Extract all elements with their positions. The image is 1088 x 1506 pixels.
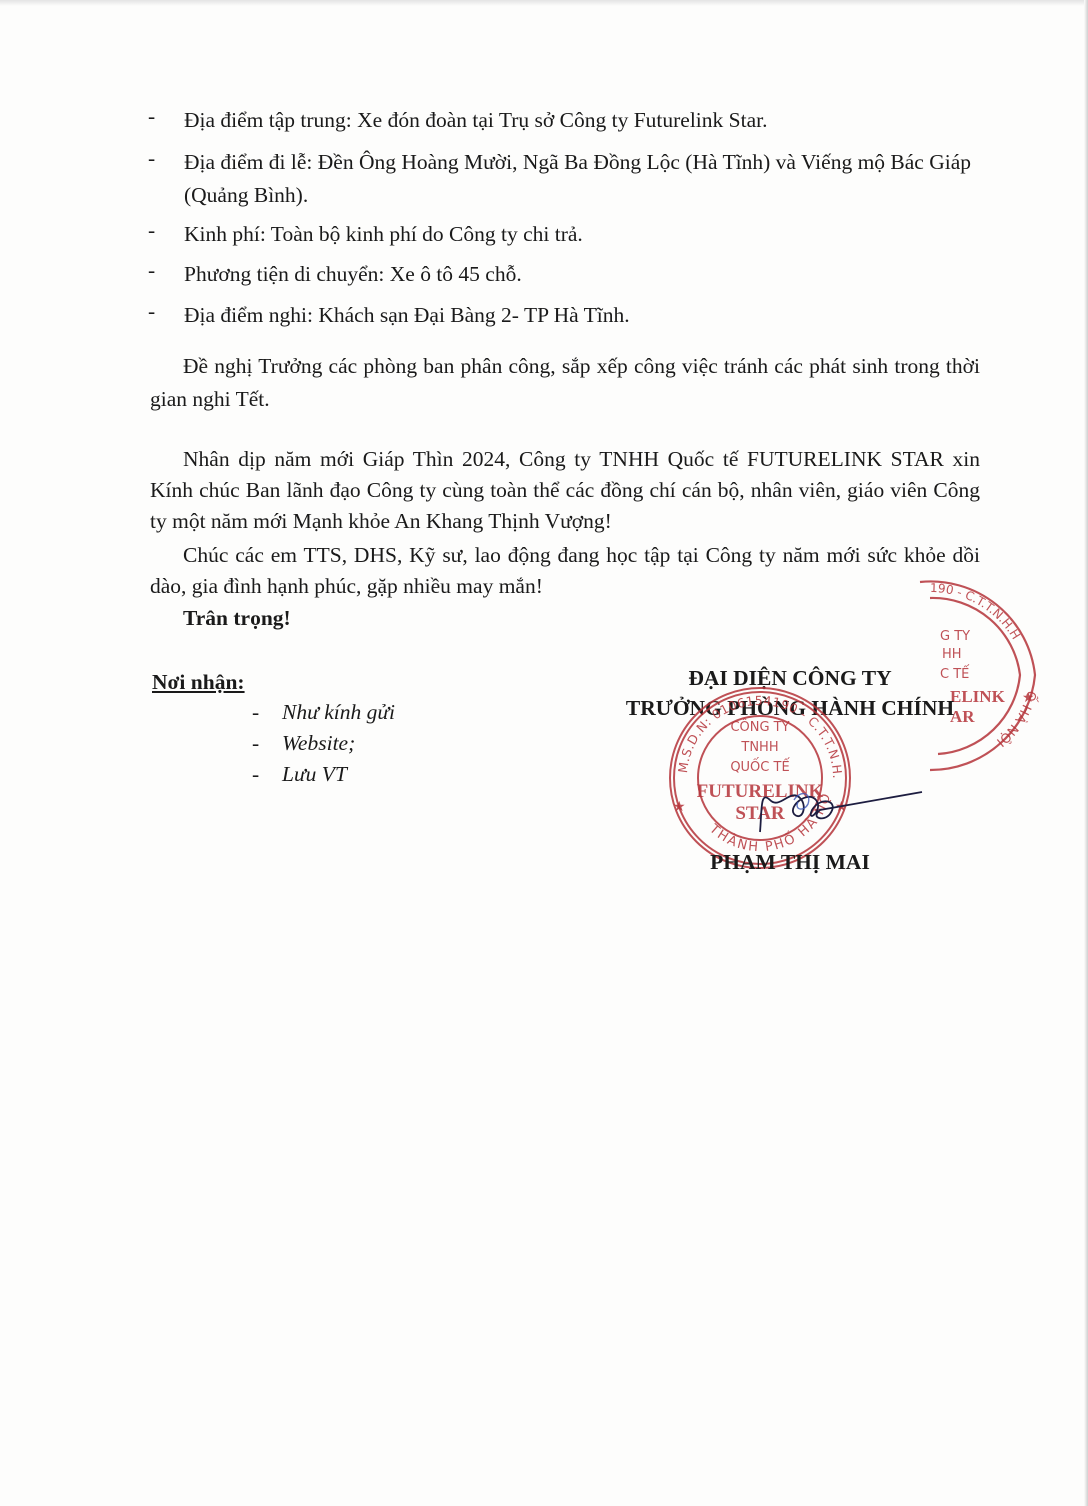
bullet-text: Địa điểm đi lễ: Đền Ông Hoàng Mười, Ngã … [184, 146, 984, 212]
scan-right-edge [1084, 0, 1088, 1506]
bullet-dash: - [148, 218, 184, 250]
svg-text:TNHH: TNHH [740, 740, 778, 755]
recipient-item: - Như kính gửi [252, 700, 395, 725]
svg-text:G TY: G TY [940, 629, 970, 644]
recipient-dash: - [252, 700, 282, 725]
svg-text:CÔNG TY: CÔNG TY [730, 719, 789, 735]
greeting-text: Nhân dịp năm mới Giáp Thìn 2024, Công ty… [150, 447, 980, 533]
recipients-title: Nơi nhận: [152, 670, 245, 695]
bullet-text: Địa điểm tập trung: Xe đón đoàn tại Trụ … [184, 104, 984, 136]
recipient-dash: - [252, 762, 282, 787]
recipient-item: - Website; [252, 731, 355, 756]
wish-text: Chúc các em TTS, DHS, Kỹ sư, lao động đa… [150, 543, 980, 598]
svg-text:★: ★ [1022, 690, 1035, 706]
recipient-item: - Lưu VT [252, 762, 347, 787]
bullet-dash: - [148, 104, 184, 136]
bullet-text: Địa điểm nghi: Khách sạn Đại Bàng 2- TP … [184, 299, 984, 331]
svg-text:HH: HH [942, 647, 962, 662]
greeting-paragraph: Nhân dịp năm mới Giáp Thìn 2024, Công ty… [150, 444, 980, 537]
bullet-dash: - [148, 299, 184, 331]
bullet-item-gathering: - Địa điểm tập trung: Xe đón đoàn tại Tr… [148, 104, 984, 136]
signer-name: PHẠM THỊ MAI [570, 850, 1010, 875]
svg-text:★: ★ [673, 799, 686, 815]
bullet-item-budget: - Kinh phí: Toàn bộ kinh phí do Công ty … [148, 218, 984, 250]
handwritten-signature-icon [750, 770, 930, 840]
bullet-dash: - [148, 258, 184, 290]
closing-line: Trân trọng! [150, 603, 980, 634]
request-paragraph: Đề nghị Trưởng các phòng ban phân công, … [150, 350, 980, 416]
bullet-text: Kinh phí: Toàn bộ kinh phí do Công ty ch… [184, 218, 984, 250]
wish-paragraph: Chúc các em TTS, DHS, Kỹ sư, lao động đa… [150, 540, 980, 602]
bullet-text: Phương tiện di chuyển: Xe ô tô 45 chỗ. [184, 258, 984, 290]
recipient-text: Website; [282, 731, 355, 756]
recipient-text: Lưu VT [282, 762, 347, 787]
scan-top-edge [0, 0, 1088, 6]
recipient-dash: - [252, 731, 282, 756]
recipient-text: Như kính gửi [282, 700, 395, 725]
bullet-dash: - [148, 146, 184, 212]
bullet-item-accommodation: - Địa điểm nghi: Khách sạn Đại Bàng 2- T… [148, 299, 984, 331]
bullet-item-destination: - Địa điểm đi lễ: Đền Ông Hoàng Mười, Ng… [148, 146, 984, 212]
bullet-item-transport: - Phương tiện di chuyển: Xe ô tô 45 chỗ. [148, 258, 984, 290]
request-text: Đề nghị Trưởng các phòng ban phân công, … [150, 354, 980, 411]
closing-text: Trân trọng! [183, 606, 291, 630]
